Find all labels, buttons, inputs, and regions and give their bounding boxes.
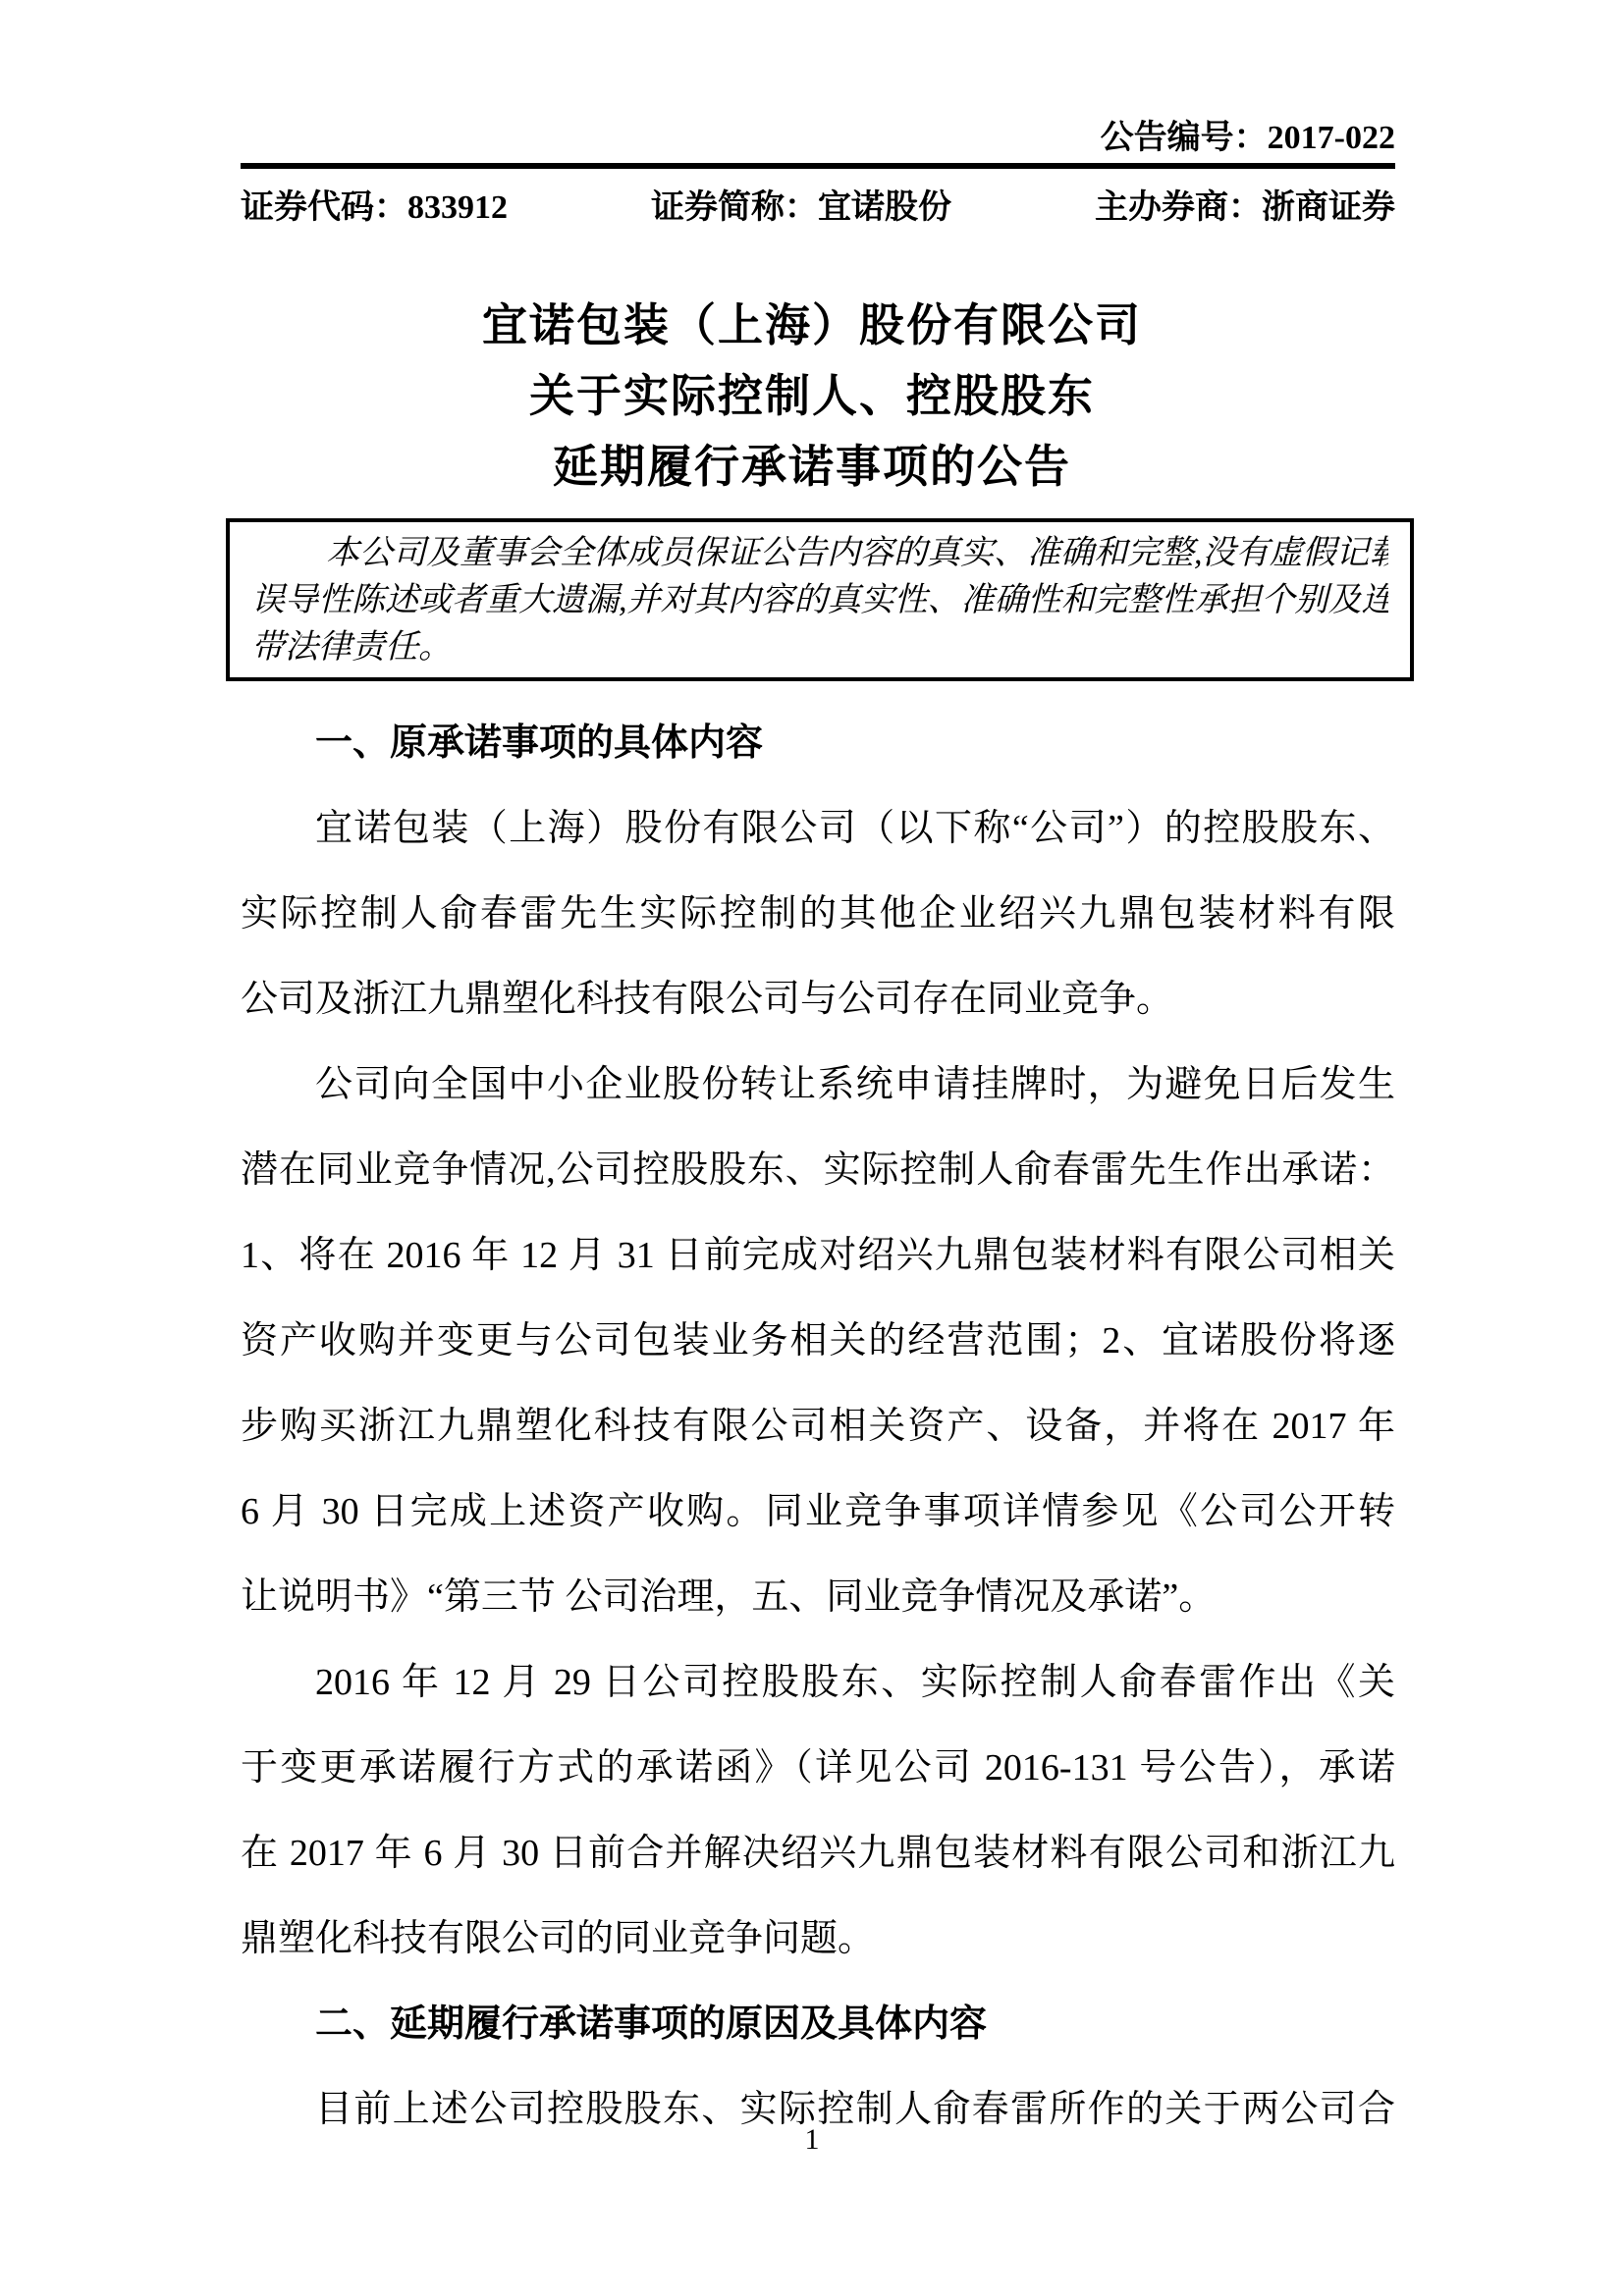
title-line: 关于实际控制人、控股股东 [0,361,1624,432]
body-line: 于变更承诺履行方式的承诺函》（详见公司 2016-131 号公告），承诺 [241,1726,1395,1811]
body-line: 6 月 30 日完成上述资产收购。同业竞争事项详情参见《公司公开转 [241,1469,1395,1555]
title-line: 宜诺包装（上海）股份有限公司 [0,291,1624,361]
disclaimer-box: 本公司及董事会全体成员保证公告内容的真实、准确和完整,没有虚假记载、误导性陈述或… [226,518,1414,681]
page-number: 1 [0,2123,1624,2157]
body-line: 让说明书》“第三节 公司治理，五、同业竞争情况及承诺”。 [241,1555,1395,1640]
lead-broker-label: 主办券商：浙商证券 [1095,180,1395,228]
stock-short-name-label: 证券简称：宜诺股份 [651,180,951,228]
document-page: 公告编号：2017-022 证券代码：833912 证券简称：宜诺股份 主办券商… [0,0,1624,2296]
body-line: 在 2017 年 6 月 30 日前合并解决绍兴九鼎包装材料有限公司和浙江九 [241,1811,1395,1896]
header-rule [241,163,1395,169]
body-line: 潜在同业竞争情况,公司控股股东、实际控制人俞春雷先生作出承诺： [241,1128,1395,1213]
securities-header-row: 证券代码：833912 证券简称：宜诺股份 主办券商：浙商证券 [241,180,1395,228]
body-line: 一、原承诺事项的具体内容 [241,701,1395,786]
disclaimer-line: 误导性陈述或者重大遗漏,并对其内容的真实性、准确性和完整性承担个别及连 [251,577,1388,624]
body-line: 步购买浙江九鼎塑化科技有限公司相关资产、设备，并将在 2017 年 [241,1384,1395,1469]
disclaimer-line: 本公司及董事会全体成员保证公告内容的真实、准确和完整,没有虚假记载、 [251,530,1388,577]
body-line: 公司向全国中小企业股份转让系统申请挂牌时，为避免日后发生 [241,1042,1395,1128]
body-line: 宜诺包装（上海）股份有限公司（以下称“公司”）的控股股东、 [241,786,1395,872]
stock-code-label: 证券代码：833912 [241,180,508,228]
announcement-number: 公告编号：2017-022 [1101,110,1395,158]
document-body: 一、原承诺事项的具体内容宜诺包装（上海）股份有限公司（以下称“公司”）的控股股东… [241,701,1395,2153]
body-line: 实际控制人俞春雷先生实际控制的其他企业绍兴九鼎包装材料有限 [241,872,1395,957]
body-line: 公司及浙江九鼎塑化科技有限公司与公司存在同业竞争。 [241,957,1395,1042]
disclaimer-line: 带法律责任。 [251,624,1388,671]
body-line: 鼎塑化科技有限公司的同业竞争问题。 [241,1896,1395,1982]
title-line: 延期履行承诺事项的公告 [0,432,1624,503]
body-line: 资产收购并变更与公司包装业务相关的经营范围；2、宜诺股份将逐 [241,1299,1395,1384]
document-title: 宜诺包装（上海）股份有限公司关于实际控制人、控股股东延期履行承诺事项的公告 [0,291,1624,503]
body-line: 二、延期履行承诺事项的原因及具体内容 [241,1982,1395,2067]
body-line: 1、将在 2016 年 12 月 31 日前完成对绍兴九鼎包装材料有限公司相关 [241,1213,1395,1299]
body-line: 2016 年 12 月 29 日公司控股股东、实际控制人俞春雷作出《关 [241,1640,1395,1726]
